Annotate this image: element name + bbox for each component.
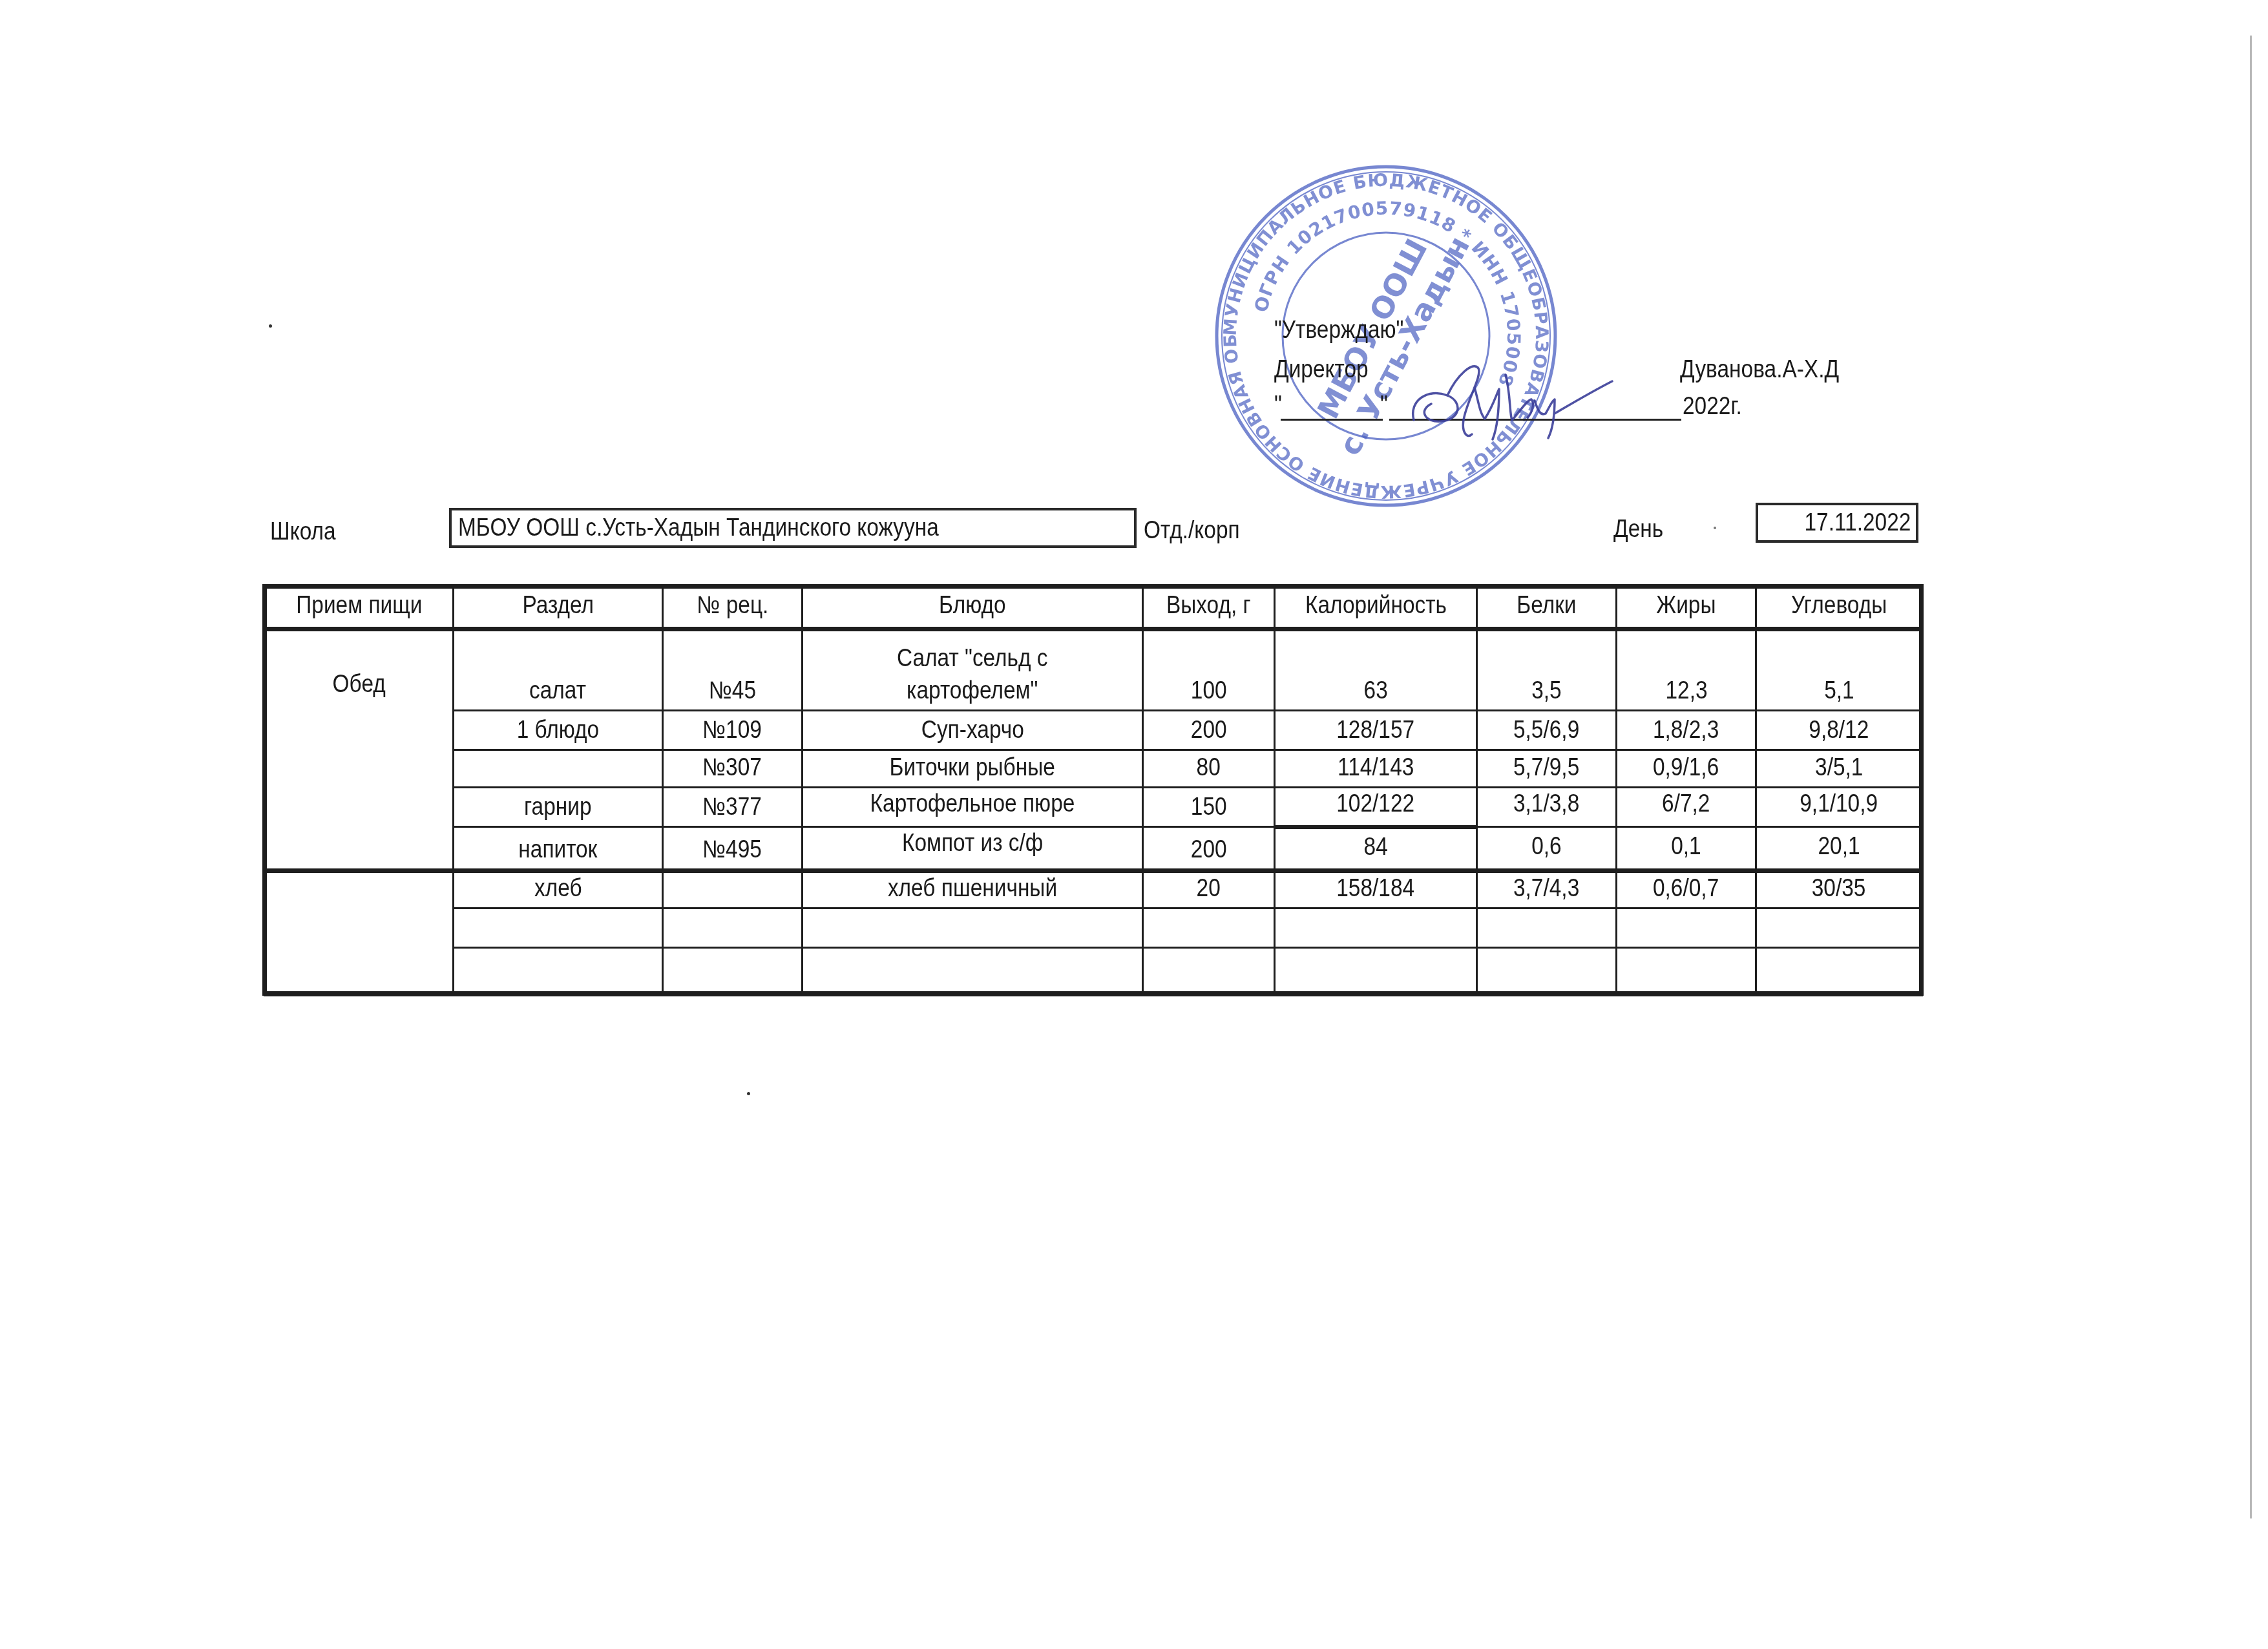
cell-section: 1 блюдо — [454, 711, 663, 750]
col-header-dish: Блюдо — [803, 587, 1143, 629]
cell-protein: 5,7/9,5 — [1477, 750, 1617, 788]
cell-carbs — [1756, 948, 1922, 996]
cell-protein — [1477, 909, 1617, 948]
day-underline — [1281, 419, 1383, 421]
date-quote-open: " — [1274, 393, 1282, 417]
table-row: хлеб хлеб пшеничный 20 158/184 3,7/4,3 0… — [265, 871, 1922, 909]
cell-recipe — [663, 909, 803, 948]
col-header-carbs: Углеводы — [1756, 587, 1922, 629]
col-header-recipe: № рец. — [663, 587, 803, 629]
school-value: МБОУ ООШ с.Усть-Хадын Тандинского кожуун… — [458, 514, 939, 542]
meal-cell-empty — [265, 871, 454, 996]
cell-carbs: 30/35 — [1756, 871, 1922, 909]
cell-recipe: №109 — [663, 711, 803, 750]
menu-table: Прием пищи Раздел № рец. Блюдо Выход, г … — [264, 585, 1923, 996]
date-quote-close: " — [1380, 393, 1388, 417]
cell-protein: 3,1/3,8 — [1477, 788, 1617, 827]
cell-protein: 3,7/4,3 — [1477, 871, 1617, 909]
cell-yield — [1143, 909, 1275, 948]
cell-calories — [1275, 909, 1477, 948]
cell-protein — [1477, 948, 1617, 996]
cell-yield: 200 — [1143, 711, 1275, 750]
approve-label: "Утверждаю" — [1274, 318, 1403, 342]
cell-fat: 0,9/1,6 — [1617, 750, 1756, 788]
cell-yield: 20 — [1143, 871, 1275, 909]
cell-fat — [1617, 948, 1756, 996]
cell-dish — [803, 909, 1143, 948]
col-header-yield: Выход, г — [1143, 587, 1275, 629]
scan-edge-line — [2250, 36, 2252, 1518]
cell-fat: 0,1 — [1617, 827, 1756, 871]
cell-carbs: 5,1 — [1756, 629, 1922, 711]
table-row: гарнир №377 Картофельное пюре 150 102/12… — [265, 788, 1922, 827]
cell-calories: 63 — [1275, 629, 1477, 711]
cell-yield: 80 — [1143, 750, 1275, 788]
cell-yield: 150 — [1143, 788, 1275, 827]
approval-year: 2022г. — [1683, 394, 1742, 419]
cell-dish: хлеб пшеничный — [803, 871, 1143, 909]
cell-dish: Салат "сельд скартофелем" — [803, 629, 1143, 711]
cell-carbs: 9,8/12 — [1756, 711, 1922, 750]
cell-section — [454, 909, 663, 948]
cell-protein: 3,5 — [1477, 629, 1617, 711]
director-name: Дуванова.А-Х.Д — [1680, 357, 1839, 382]
cell-carbs: 20,1 — [1756, 827, 1922, 871]
cell-protein: 5,5/6,9 — [1477, 711, 1617, 750]
cell-calories: 158/184 — [1275, 871, 1477, 909]
school-label: Школа — [270, 520, 336, 544]
cell-recipe: №307 — [663, 750, 803, 788]
scan-speck — [747, 1092, 750, 1095]
col-header-meal: Прием пищи — [265, 587, 454, 629]
cell-section: напиток — [454, 827, 663, 871]
cell-recipe — [663, 948, 803, 996]
cell-section: гарнир — [454, 788, 663, 827]
col-header-protein: Белки — [1477, 587, 1617, 629]
dept-label: Отд./корп — [1144, 518, 1240, 543]
table-row: №307 Биточки рыбные 80 114/143 5,7/9,5 0… — [265, 750, 1922, 788]
cell-recipe: №377 — [663, 788, 803, 827]
cell-dish: Биточки рыбные — [803, 750, 1143, 788]
cell-section — [454, 948, 663, 996]
table-row: напиток №495 Компот из с/ф 200 84 0,6 0,… — [265, 827, 1922, 871]
day-value: 17.11.2022 — [1804, 509, 1911, 537]
cell-calories: 102/122 — [1275, 788, 1477, 827]
meal-cell-lunch: Обед — [265, 629, 454, 871]
cell-dish: Картофельное пюре — [803, 788, 1143, 827]
cell-yield — [1143, 948, 1275, 996]
cell-protein: 0,6 — [1477, 827, 1617, 871]
col-header-section: Раздел — [454, 587, 663, 629]
cell-carbs: 3/5,1 — [1756, 750, 1922, 788]
director-signature — [1402, 349, 1615, 446]
day-field[interactable]: 17.11.2022 — [1756, 503, 1918, 543]
cell-fat: 6/7,2 — [1617, 788, 1756, 827]
cell-yield: 200 — [1143, 827, 1275, 871]
cell-calories: 114/143 — [1275, 750, 1477, 788]
cell-recipe: №495 — [663, 827, 803, 871]
cell-dish: Суп-харчо — [803, 711, 1143, 750]
cell-calories — [1275, 948, 1477, 996]
cell-dish: Компот из с/ф — [803, 827, 1143, 871]
cell-recipe — [663, 871, 803, 909]
day-label: День — [1613, 517, 1663, 541]
school-field[interactable]: МБОУ ООШ с.Усть-Хадын Тандинского кожуун… — [449, 508, 1137, 548]
table-row: Обед салат №45 Салат "сельд скартофелем"… — [265, 629, 1922, 711]
cell-carbs — [1756, 909, 1922, 948]
cell-dish — [803, 948, 1143, 996]
cell-fat: 1,8/2,3 — [1617, 711, 1756, 750]
cell-calories: 84 — [1275, 827, 1477, 871]
cell-section — [454, 750, 663, 788]
table-header-row: Прием пищи Раздел № рец. Блюдо Выход, г … — [265, 587, 1922, 629]
position-label: Директор — [1274, 357, 1369, 382]
cell-fat: 0,6/0,7 — [1617, 871, 1756, 909]
table-row — [265, 909, 1922, 948]
col-header-calories: Калорийность — [1275, 587, 1477, 629]
cell-section: хлеб — [454, 871, 663, 909]
cell-recipe: №45 — [663, 629, 803, 711]
cell-yield: 100 — [1143, 629, 1275, 711]
cell-section: салат — [454, 629, 663, 711]
cell-carbs: 9,1/10,9 — [1756, 788, 1922, 827]
col-header-fat: Жиры — [1617, 587, 1756, 629]
table-row: 1 блюдо №109 Суп-харчо 200 128/157 5,5/6… — [265, 711, 1922, 750]
cell-calories: 128/157 — [1275, 711, 1477, 750]
scan-speck — [269, 324, 272, 328]
cell-fat — [1617, 909, 1756, 948]
table-row — [265, 948, 1922, 996]
cell-fat: 12,3 — [1617, 629, 1756, 711]
scan-speck — [1714, 527, 1716, 529]
